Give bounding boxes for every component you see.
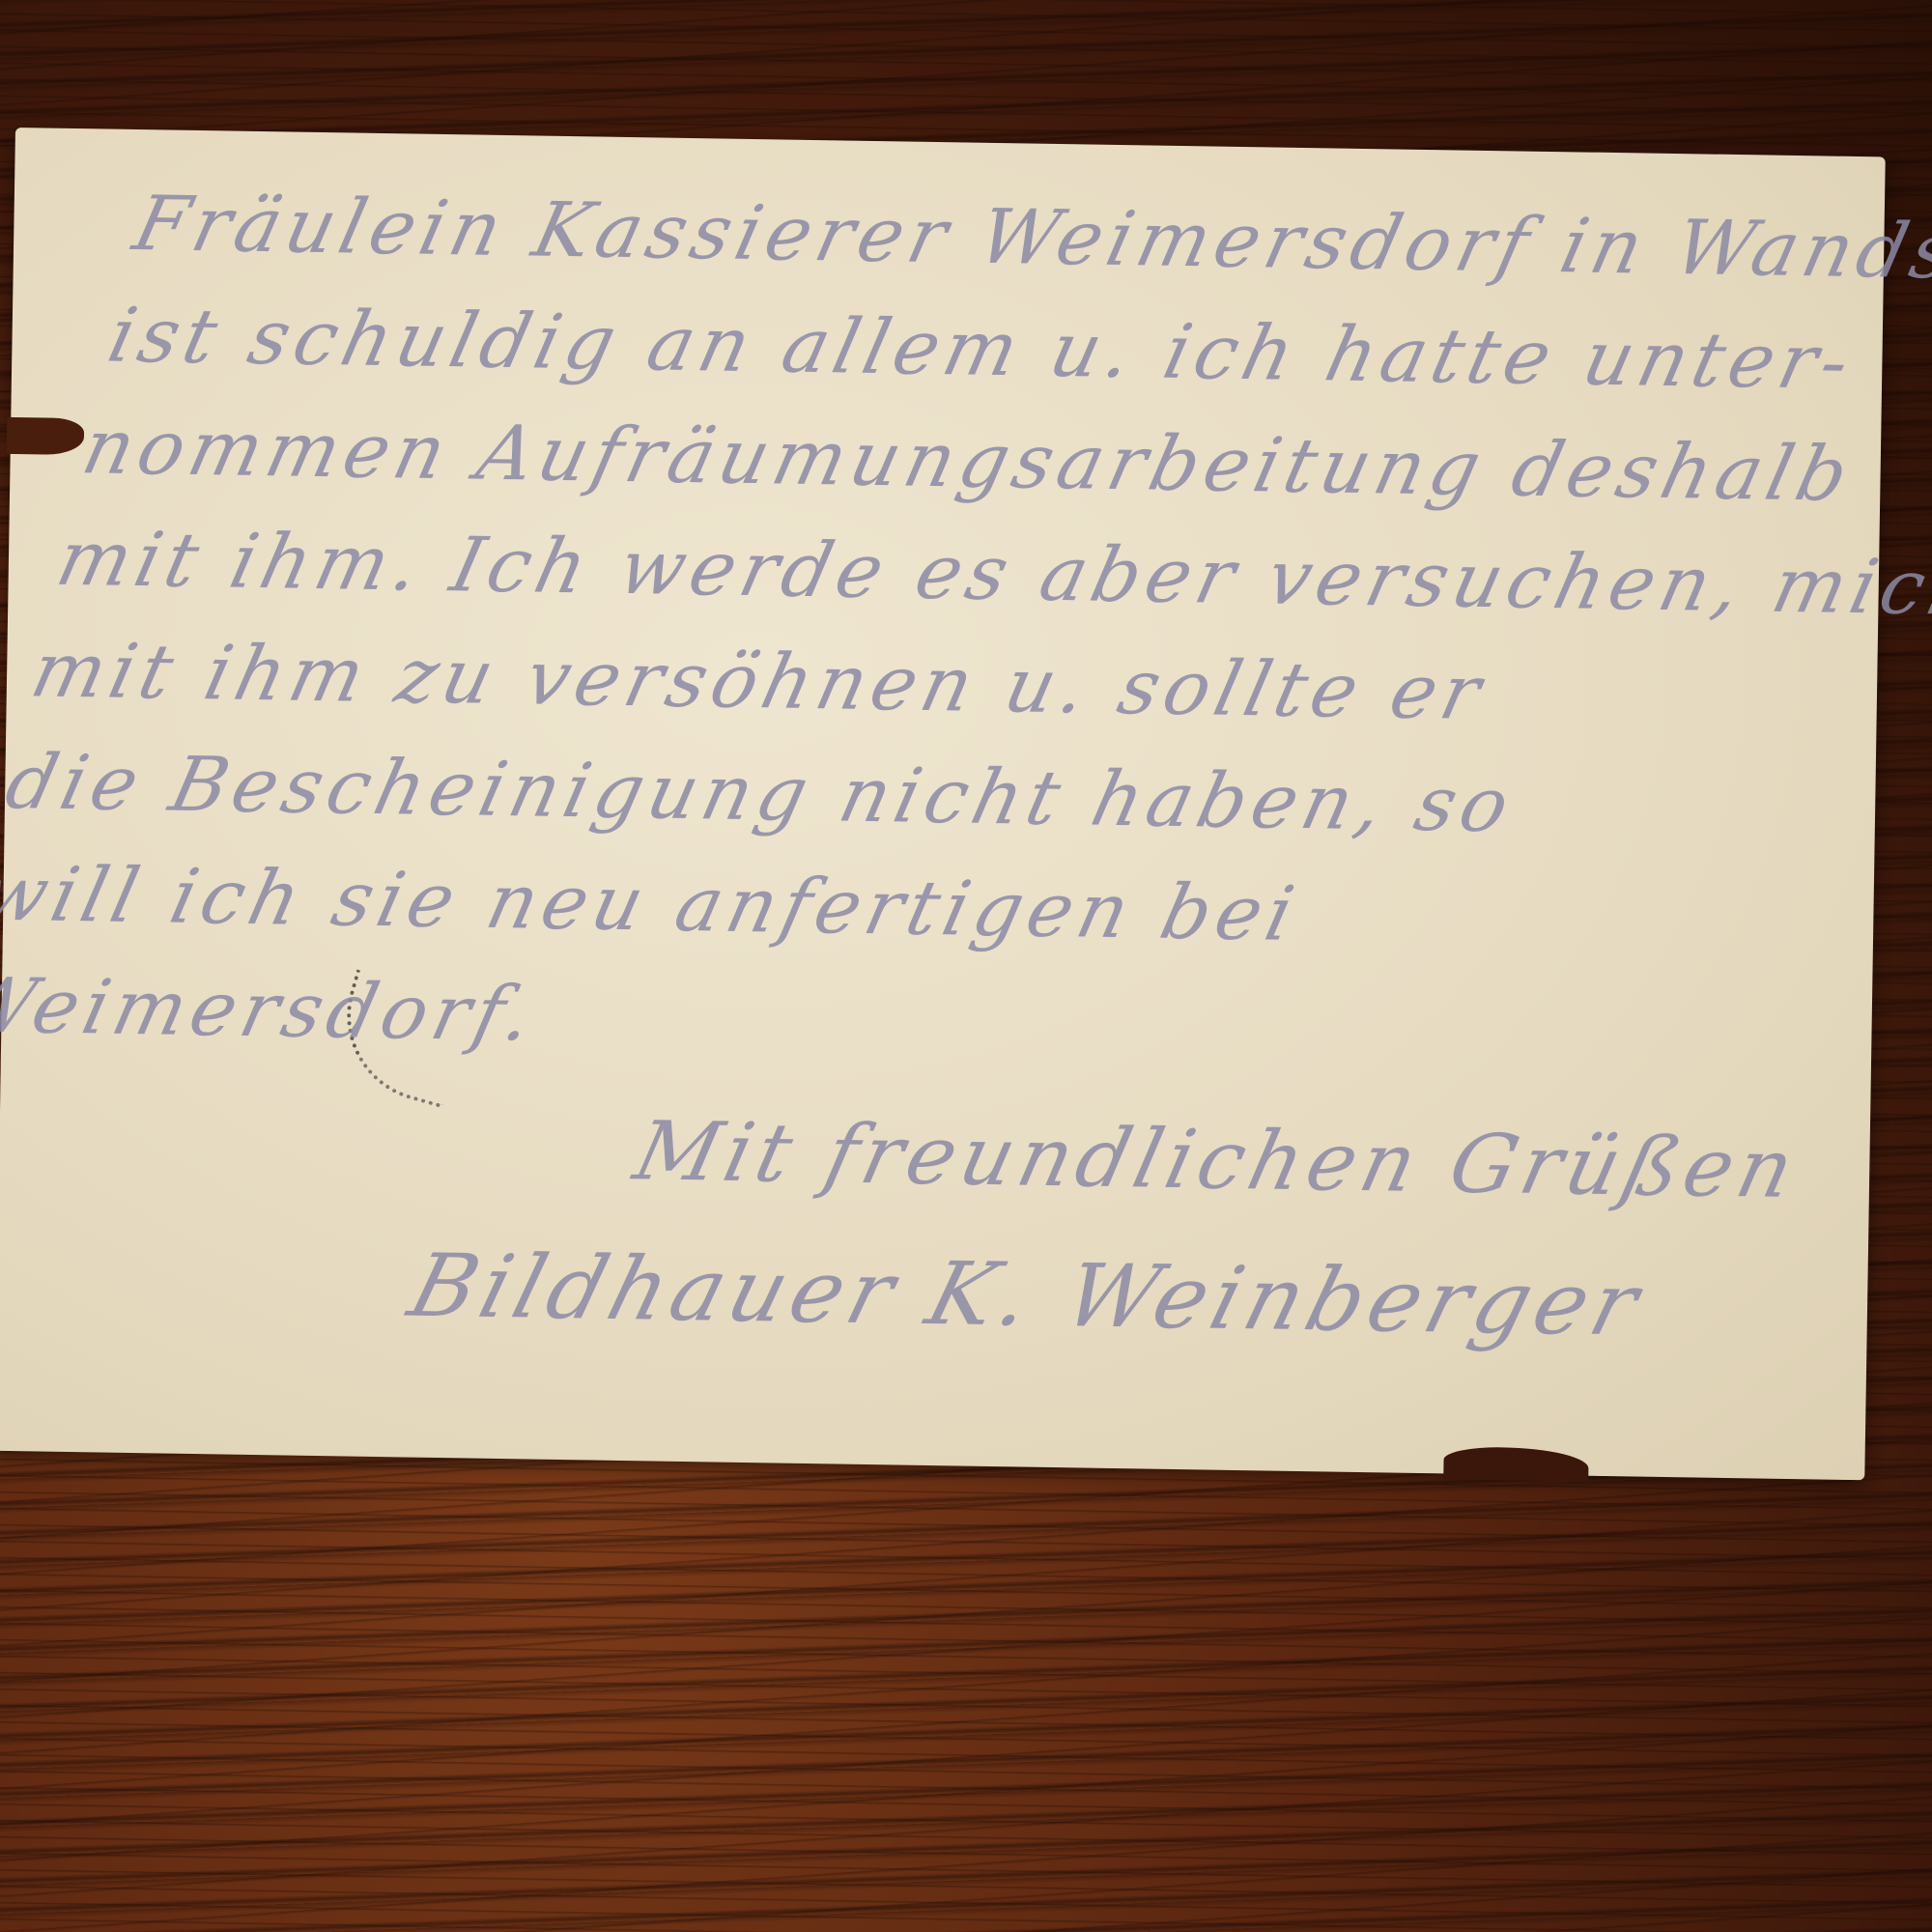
card-torn-edge	[1443, 1446, 1589, 1481]
card-notch-damage	[7, 417, 85, 455]
postcard: Fräulein Kassierer Weimersdorf in Wandsb…	[0, 128, 1886, 1480]
handwritten-letter-body: Fräulein Kassierer Weimersdorf in Wandsb…	[0, 168, 1932, 1090]
letter-closing: Mit freundlichen Grüßen	[626, 1103, 1807, 1216]
signature: Bildhauer K. Weinberger	[399, 1236, 1654, 1356]
